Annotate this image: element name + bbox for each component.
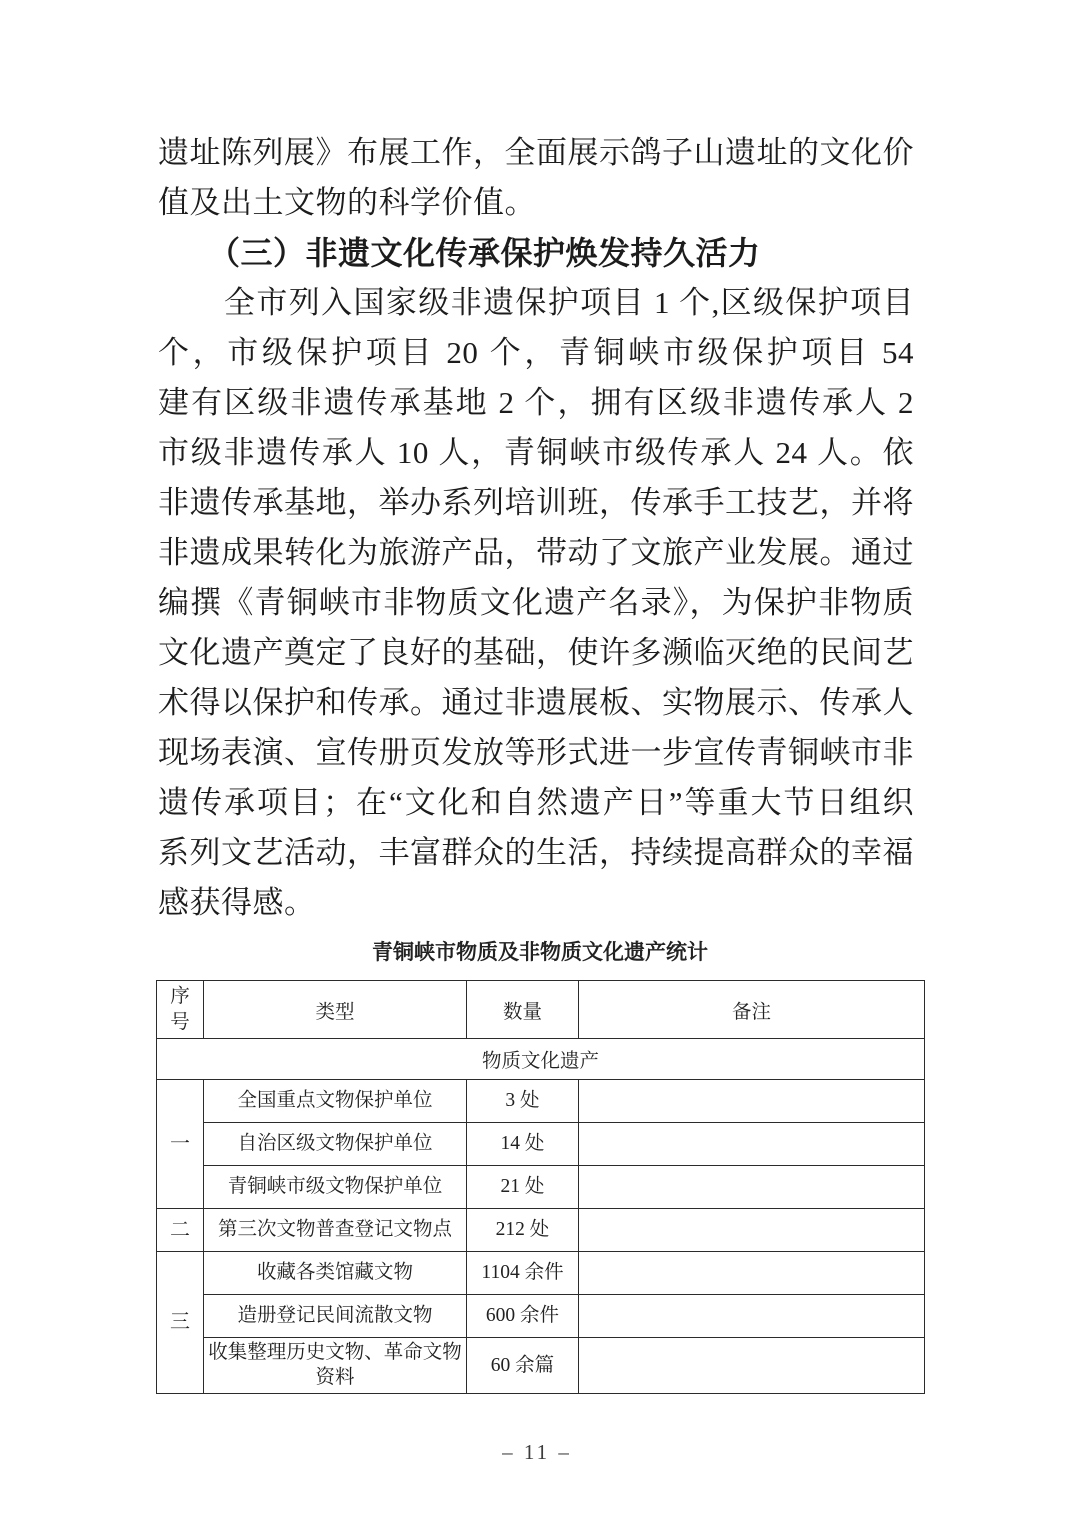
body-line: 文化遗产奠定了良好的基础，使许多濒临灭绝的民间艺 xyxy=(158,628,914,678)
body-line: 市级非遗传承人 10 人，青铜峡市级传承人 24 人。依托 xyxy=(158,428,914,478)
quantity-cell: 60 余篇 xyxy=(467,1338,579,1394)
row-index-cell: 二 xyxy=(157,1209,204,1252)
body-line: 遗址陈列展》布展工作，全面展示鸽子山遗址的文化价 xyxy=(158,128,914,178)
table-header-row: 序号 类型 数量 备注 xyxy=(157,981,925,1039)
quantity-cell: 1104 余件 xyxy=(467,1252,579,1295)
note-cell xyxy=(579,1166,925,1209)
table-row: 自治区级文物保护单位14 处 xyxy=(157,1123,925,1166)
note-cell xyxy=(579,1252,925,1295)
section-heading: （三）非遗文化传承保护焕发持久活力 xyxy=(158,228,914,278)
quantity-cell: 21 处 xyxy=(467,1166,579,1209)
column-header-note: 备注 xyxy=(579,981,925,1039)
table-row: 二第三次文物普查登记文物点212 处 xyxy=(157,1209,925,1252)
quantity-cell: 600 余件 xyxy=(467,1295,579,1338)
table-row: 造册登记民间流散文物600 余件 xyxy=(157,1295,925,1338)
type-cell: 收藏各类馆藏文物 xyxy=(204,1252,467,1295)
section-label: 物质文化遗产 xyxy=(157,1039,925,1080)
body-line: 值及出土文物的科学价值。 xyxy=(158,178,914,228)
body-text: 遗址陈列展》布展工作，全面展示鸽子山遗址的文化价值及出土文物的科学价值。（三）非… xyxy=(158,128,914,928)
table-row: 一全国重点文物保护单位3 处 xyxy=(157,1080,925,1123)
body-line: 系列文艺活动，丰富群众的生活，持续提高群众的幸福 xyxy=(158,828,914,878)
row-index-cell: 三 xyxy=(157,1252,204,1394)
body-line: 非遗传承基地，举办系列培训班，传承手工技艺，并将 xyxy=(158,478,914,528)
page-number: – 11 – xyxy=(0,1440,1074,1465)
quantity-cell: 14 处 xyxy=(467,1123,579,1166)
heritage-statistics-table: 序号 类型 数量 备注 物质文化遗产 一全国重点文物保护单位3 处自治区级文物保… xyxy=(156,980,925,1394)
column-header-type: 类型 xyxy=(204,981,467,1039)
document-page: 遗址陈列展》布展工作，全面展示鸽子山遗址的文化价值及出土文物的科学价值。（三）非… xyxy=(0,0,1074,1520)
table-body: 一全国重点文物保护单位3 处自治区级文物保护单位14 处青铜峡市级文物保护单位2… xyxy=(157,1080,925,1394)
row-index-cell: 一 xyxy=(157,1080,204,1209)
body-line: 编撰《青铜峡市非物质文化遗产名录》，为保护非物质 xyxy=(158,578,914,628)
type-cell: 第三次文物普查登记文物点 xyxy=(204,1209,467,1252)
table-row: 三收藏各类馆藏文物1104 余件 xyxy=(157,1252,925,1295)
type-cell: 青铜峡市级文物保护单位 xyxy=(204,1166,467,1209)
column-header-quantity: 数量 xyxy=(467,981,579,1039)
type-cell: 收集整理历史文物、革命文物资料 xyxy=(204,1338,467,1394)
note-cell xyxy=(579,1123,925,1166)
quantity-cell: 212 处 xyxy=(467,1209,579,1252)
quantity-cell: 3 处 xyxy=(467,1080,579,1123)
body-line: 非遗成果转化为旅游产品，带动了文旅产业发展。通过 xyxy=(158,528,914,578)
section-row: 物质文化遗产 xyxy=(157,1039,925,1080)
column-header-index-label: 序号 xyxy=(170,984,190,1035)
note-cell xyxy=(579,1295,925,1338)
type-cell: 造册登记民间流散文物 xyxy=(204,1295,467,1338)
body-line: 术得以保护和传承。通过非遗展板、实物展示、传承人 xyxy=(158,678,914,728)
body-line: 现场表演、宣传册页发放等形式进一步宣传青铜峡市非 xyxy=(158,728,914,778)
column-header-index: 序号 xyxy=(157,981,204,1039)
note-cell xyxy=(579,1338,925,1394)
table-row: 收集整理历史文物、革命文物资料60 余篇 xyxy=(157,1338,925,1394)
type-cell: 全国重点文物保护单位 xyxy=(204,1080,467,1123)
table-title: 青铜峡市物质及非物质文化遗产统计 xyxy=(156,936,924,966)
note-cell xyxy=(579,1209,925,1252)
type-cell: 自治区级文物保护单位 xyxy=(204,1123,467,1166)
body-line: 全市列入国家级非遗保护项目 1 个,区级保护项目 5 xyxy=(158,278,914,328)
body-line: 建有区级非遗传承基地 2 个，拥有区级非遗传承人 2 人， xyxy=(158,378,914,428)
table-row: 青铜峡市级文物保护单位21 处 xyxy=(157,1166,925,1209)
body-line: 遗传承项目；在“文化和自然遗产日”等重大节日组织 xyxy=(158,778,914,828)
note-cell xyxy=(579,1080,925,1123)
body-line: 感获得感。 xyxy=(158,878,914,928)
table-header: 序号 类型 数量 备注 xyxy=(157,981,925,1039)
body-line: 个，市级保护项目 20 个，青铜峡市级保护项目 54 个。 xyxy=(158,328,914,378)
